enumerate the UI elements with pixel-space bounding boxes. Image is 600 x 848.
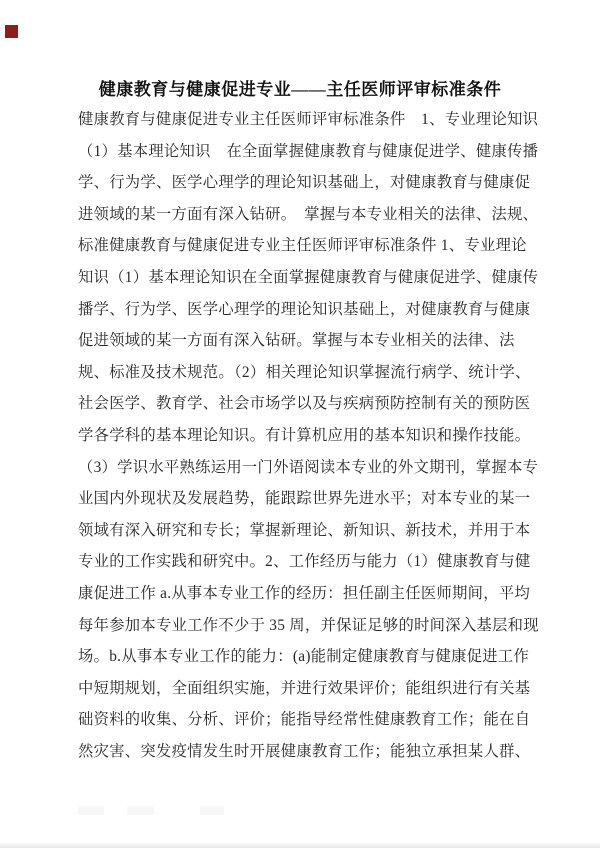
body-line: 健康教育与健康促进专业主任医师评审标准条件 1、专业理论知识: [78, 104, 524, 136]
red-square-marker: [5, 25, 18, 38]
body-line: 学、行为学、医学心理学的理论知识基础上，对健康教育与健康促: [78, 167, 524, 199]
body-line: 础资料的收集、分析、评价；能指导经常性健康教育工作；能在自: [78, 704, 524, 736]
body-line: （3）学识水平熟练运用一门外语阅读本专业的外文期刊，掌握本专: [78, 452, 524, 484]
body-line: 领域有深入研究和专长；掌握新理论、新知识、新技术，并用于本: [78, 515, 524, 547]
body-line: （1）基本理论知识 在全面掌握健康教育与健康促进学、健康传播: [78, 136, 524, 168]
body-line: 播学、行为学、医学心理学的理论知识基础上，对健康教育与健康: [78, 294, 524, 326]
body-line: 康促进工作 a.从事本专业工作的经历：担任副主任医师期间，平均: [78, 578, 524, 610]
body-line: 业国内外现状及发展趋势，能跟踪世界先进水平；对本专业的某一: [78, 483, 524, 515]
faint-watermark-fragment: [200, 806, 224, 815]
body-line: 学各学科的基本理论知识。有计算机应用的基本知识和操作技能。: [78, 420, 524, 452]
body-line: 每年参加本专业工作不少于 35 周，并保证足够的时间深入基层和现: [78, 610, 524, 642]
document-title: 健康教育与健康促进专业——主任医师评审标准条件: [0, 75, 600, 100]
body-line: 促进领域的某一方面有深入钻研。掌握与本专业相关的法律、法: [78, 325, 524, 357]
body-line: 社会医学、教育学、社会市场学以及与疾病预防控制有关的预防医: [78, 388, 524, 420]
body-line: 专业的工作实践和研究中。2、工作经历与能力（1）健康教育与健: [78, 546, 524, 578]
body-line: 进领域的某一方面有深入钻研。 掌握与本专业相关的法律、法规、: [78, 199, 524, 231]
page-bottom-edge: [0, 842, 600, 848]
document-body: 健康教育与健康促进专业主任医师评审标准条件 1、专业理论知识 （1）基本理论知识…: [78, 104, 524, 767]
faint-watermark-fragment: [78, 806, 104, 815]
faint-watermark-fragment: [127, 806, 154, 815]
body-line: 场。b.从事本专业工作的能力：(a)能制定健康教育与健康促进工作: [78, 641, 524, 673]
body-line: 规、标准及技术规范。（2）相关理论知识掌握流行病学、统计学、: [78, 357, 524, 389]
body-line: 标准健康教育与健康促进专业主任医师评审标准条件 1、专业理论: [78, 230, 524, 262]
body-line: 知识（1）基本理论知识在全面掌握健康教育与健康促进学、健康传: [78, 262, 524, 294]
body-line: 中短期规划，全面组织实施，并进行效果评价；能组织进行有关基: [78, 673, 524, 705]
body-line: 然灾害、突发疫情发生时开展健康教育工作；能独立承担某人群、: [78, 736, 524, 768]
document-page: 健康教育与健康促进专业——主任医师评审标准条件 健康教育与健康促进专业主任医师评…: [0, 0, 600, 848]
